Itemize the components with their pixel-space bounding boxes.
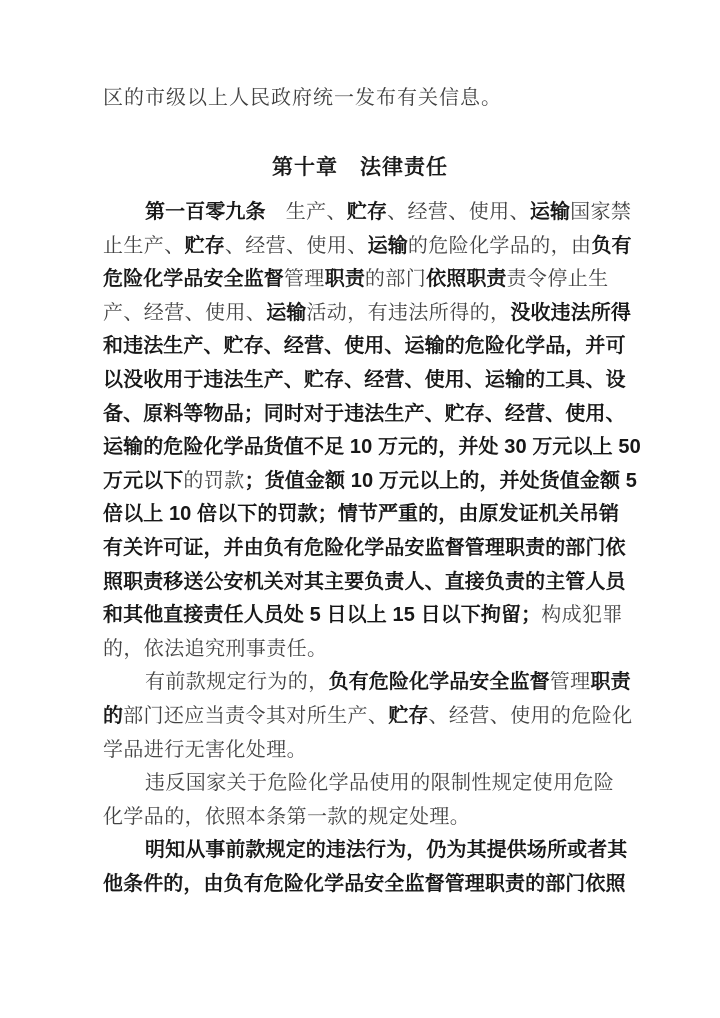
text-segment: 负有危险化学品安全监督 — [329, 671, 550, 693]
text-line: 和违法生产、贮存、经营、使用、运输的危险化学品，并可 — [103, 330, 663, 364]
text-line: 运输的危险化学品货值不足 10 万元的，并处 30 万元以上 50 — [103, 431, 663, 465]
text-segment: 有关许可证，并由负有危险化学品安监督管理职责的部门依 — [103, 537, 626, 559]
text-segment: 管理 — [550, 671, 591, 693]
chapter-heading: 第十章 法律责任 — [0, 155, 720, 181]
text-segment: 他条件的，由负有危险化学品安全监督管理职责的部门依照 — [103, 873, 626, 895]
text-segment: 没收违法所得 — [510, 302, 631, 324]
text-line: 有关许可证，并由负有危险化学品安监督管理职责的部门依 — [103, 532, 663, 566]
text-segment: 职责 — [325, 268, 365, 290]
text-segment: 产、经营、使用、 — [103, 302, 266, 324]
text-line: 的部门还应当责令其对所生产、贮存、经营、使用的危险化 — [103, 700, 663, 734]
text-segment: 贮存 — [185, 235, 225, 257]
text-segment: 第一百零九条 — [145, 201, 286, 223]
text-line: 照职责移送公安机关对其主要负责人、直接负责的主管人员 — [103, 566, 663, 600]
text-line: 产、经营、使用、运输活动，有违法所得的，没收违法所得 — [103, 297, 663, 331]
text-segment: 备、原料等物品；同时对于违法生产、贮存、经营、使用、 — [103, 403, 626, 425]
text-line: 学品进行无害化处理。 — [103, 734, 663, 768]
text-segment: 化学品的，依照本条第一款的规定处理。 — [103, 806, 470, 828]
text-segment: 和其他直接责任人员处 5 日以上 15 日以下拘留； — [103, 604, 541, 626]
text-segment: 职责 — [591, 671, 631, 693]
text-segment: 运输 — [530, 201, 570, 223]
text-segment: 部门还应当责令其对所生产、 — [123, 705, 388, 727]
text-line: 危险化学品安全监督管理职责的部门依照职责责令停止生 — [103, 263, 663, 297]
text-segment: ；货值金额 10 万元以上的，并处货值金额 5 — [245, 470, 637, 492]
text-segment: 、经营、使用、 — [387, 201, 530, 223]
text-segment: 违反国家关于危险化学品使用的限制性规定使用危险 — [145, 772, 614, 794]
text-segment: 的 — [103, 705, 123, 727]
text-segment: 万元以下 — [103, 470, 183, 492]
text-line: 化学品的，依照本条第一款的规定处理。 — [103, 801, 663, 835]
text-segment: 负有 — [591, 235, 631, 257]
article-body: 第一百零九条 生产、贮存、经营、使用、运输国家禁止生产、贮存、经营、使用、运输的… — [103, 196, 663, 901]
text-segment: 构成犯罪 — [541, 604, 623, 626]
text-segment: 国家禁 — [570, 201, 631, 223]
text-segment: 止生产、 — [103, 235, 185, 257]
text-segment: 的部门 — [365, 268, 426, 290]
text-line: 备、原料等物品；同时对于违法生产、贮存、经营、使用、 — [103, 398, 663, 432]
text-segment: 以没收用于违法生产、贮存、经营、使用、运输的工具、设 — [103, 369, 626, 391]
text-segment: 危险化学品安全监督 — [103, 268, 284, 290]
text-segment: 责令停止生 — [507, 268, 609, 290]
text-segment: 明知从事前款规定的违法行为，仍为其提供场所或者其 — [145, 839, 627, 861]
text-line: 有前款规定行为的，负有危险化学品安全监督管理职责 — [103, 666, 663, 700]
text-segment: 倍以上 10 倍以下的罚款；情节严重的，由原发证机关吊销 — [103, 503, 619, 525]
text-segment: 活动，有违法所得的， — [306, 302, 510, 324]
text-segment: 生产、 — [286, 201, 347, 223]
text-line: 万元以下的罚款；货值金额 10 万元以上的，并处货值金额 5 — [103, 465, 663, 499]
text-segment: 学品进行无害化处理。 — [103, 739, 307, 761]
text-segment: 运输的危险化学品货值不足 10 万元的，并处 30 万元以上 50 — [103, 436, 641, 458]
text-line: 违反国家关于危险化学品使用的限制性规定使用危险 — [103, 767, 663, 801]
text-line: 以没收用于违法生产、贮存、经营、使用、运输的工具、设 — [103, 364, 663, 398]
text-segment: 的危险化学品的，由 — [408, 235, 592, 257]
text-segment: 照职责移送公安机关对其主要负责人、直接负责的主管人员 — [103, 571, 626, 593]
text-segment: 、经营、使用、 — [225, 235, 368, 257]
document-page: 区的市级以上人民政府统一发布有关信息。 第十章 法律责任 第一百零九条 生产、贮… — [0, 0, 720, 1018]
text-segment: 贮存 — [388, 705, 428, 727]
text-segment: 运输 — [368, 235, 408, 257]
text-line: 止生产、贮存、经营、使用、运输的危险化学品的，由负有 — [103, 230, 663, 264]
text-line: 他条件的，由负有危险化学品安全监督管理职责的部门依照 — [103, 868, 663, 902]
text-segment: 的，依法追究刑事责任。 — [103, 638, 327, 660]
text-line: 和其他直接责任人员处 5 日以上 15 日以下拘留；构成犯罪 — [103, 599, 663, 633]
text-line: 第一百零九条 生产、贮存、经营、使用、运输国家禁 — [103, 196, 663, 230]
text-segment: 和违法生产、贮存、经营、使用、运输的危险化学品，并可 — [103, 335, 626, 357]
text-line: 倍以上 10 倍以下的罚款；情节严重的，由原发证机关吊销 — [103, 498, 663, 532]
text-segment: 贮存 — [347, 201, 387, 223]
text-segment: 有前款规定行为的， — [145, 671, 329, 693]
text-segment: 管理 — [284, 268, 325, 290]
text-segment: 依照职责 — [426, 268, 506, 290]
text-segment: 、经营、使用的危险化 — [429, 705, 633, 727]
text-line: 的，依法追究刑事责任。 — [103, 633, 663, 667]
intro-paragraph-line: 区的市级以上人民政府统一发布有关信息。 — [103, 86, 623, 110]
text-segment: 的罚款 — [183, 470, 244, 492]
text-segment: 运输 — [266, 302, 306, 324]
text-line: 明知从事前款规定的违法行为，仍为其提供场所或者其 — [103, 834, 663, 868]
